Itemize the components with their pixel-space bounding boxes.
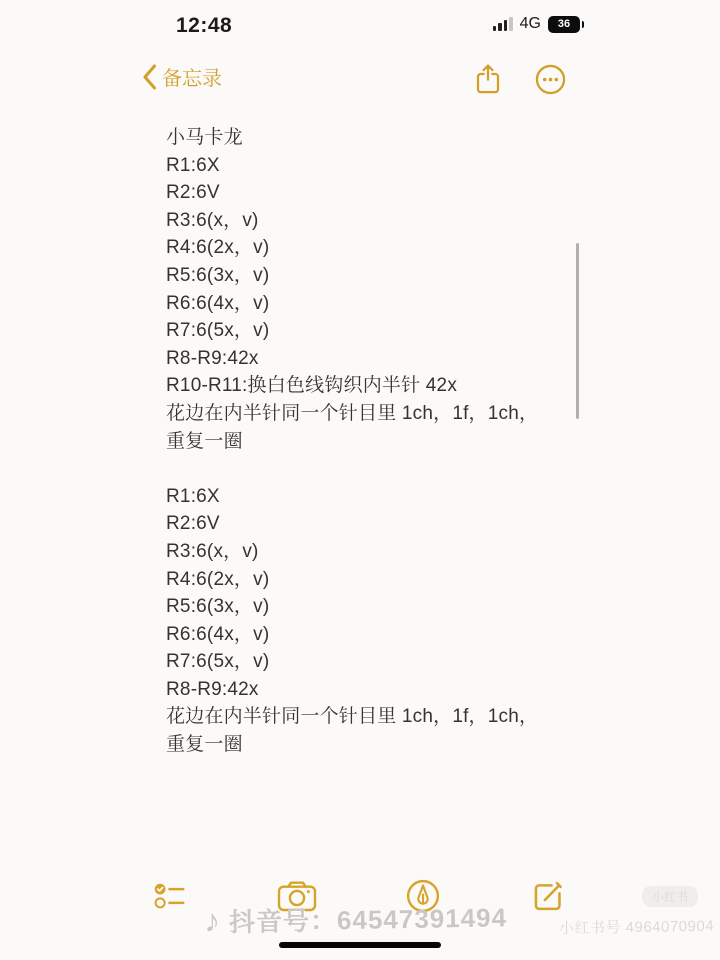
battery-nub — [582, 21, 585, 28]
note-line: R3:6(x，v) — [166, 207, 576, 235]
note-line: R1:6X — [166, 152, 576, 180]
share-icon — [473, 62, 503, 96]
note-line: R8-R9:42x — [166, 676, 576, 704]
share-button[interactable] — [473, 62, 503, 96]
status-icons: 4G 36 — [493, 15, 580, 33]
notes-app-screenshot: 12:48 4G 36 备忘录 — [0, 0, 720, 960]
note-line: R6:6(4x，v) — [166, 290, 576, 318]
note-line: 重复一圈 — [166, 731, 576, 759]
more-options-button[interactable] — [535, 64, 566, 95]
note-line: R5:6(3x，v) — [166, 593, 576, 621]
note-line: R6:6(4x，v) — [166, 621, 576, 649]
note-content[interactable]: 小马卡龙R1:6XR2:6VR3:6(x，v)R4:6(2x，v)R5:6(3x… — [166, 124, 576, 759]
note-line: R1:6X — [166, 483, 576, 511]
nav-bar: 备忘录 — [130, 58, 590, 100]
checklist-button[interactable] — [152, 876, 192, 916]
nav-actions — [473, 62, 566, 96]
note-line: 小马卡龙 — [166, 124, 576, 152]
note-line: 重复一圈 — [166, 428, 576, 456]
note-line: R4:6(2x，v) — [166, 566, 576, 594]
note-line: R10-R11:换白色线钩织内半针 42x — [166, 372, 576, 400]
note-line: R8-R9:42x — [166, 345, 576, 373]
note-line-blank — [166, 455, 576, 483]
douyin-watermark: ♪ 抖音号：64547391494 — [204, 897, 508, 939]
battery-percent: 36 — [558, 18, 570, 30]
note-line: R3:6(x，v) — [166, 538, 576, 566]
note-line: R4:6(2x，v) — [166, 234, 576, 262]
xiaohongshu-badge: 小红书 — [642, 886, 698, 907]
note-line: R5:6(3x，v) — [166, 262, 576, 290]
home-indicator[interactable] — [279, 942, 441, 948]
ellipsis-circle-icon — [535, 64, 566, 95]
compose-button[interactable] — [528, 876, 568, 916]
note-line: 花边在内半针同一个针目里 1ch，1f，1ch， — [166, 400, 576, 428]
back-button-label: 备忘录 — [162, 62, 222, 91]
back-button[interactable]: 备忘录 — [142, 62, 222, 91]
battery-icon: 36 — [548, 16, 580, 33]
cellular-signal-icon — [493, 17, 513, 31]
note-line: R7:6(5x，v) — [166, 648, 576, 676]
status-bar: 12:48 4G 36 — [130, 12, 590, 42]
note-line: 花边在内半针同一个针目里 1ch，1f，1ch， — [166, 703, 576, 731]
compose-icon — [531, 879, 565, 913]
checklist-icon — [153, 881, 191, 911]
note-line: R7:6(5x，v) — [166, 317, 576, 345]
note-line: R2:6V — [166, 510, 576, 538]
network-type-label: 4G — [520, 15, 541, 33]
scrollbar-thumb[interactable] — [576, 243, 579, 419]
xiaohongshu-id-text: 小红书号 4964070904 — [559, 915, 714, 939]
douyin-id-text: 抖音号：64547391494 — [229, 897, 508, 939]
status-time: 12:48 — [176, 14, 232, 38]
chevron-left-icon — [142, 64, 157, 90]
music-note-icon: ♪ — [204, 902, 222, 939]
phone-screen: 12:48 4G 36 备忘录 — [130, 0, 590, 960]
note-line: R2:6V — [166, 179, 576, 207]
